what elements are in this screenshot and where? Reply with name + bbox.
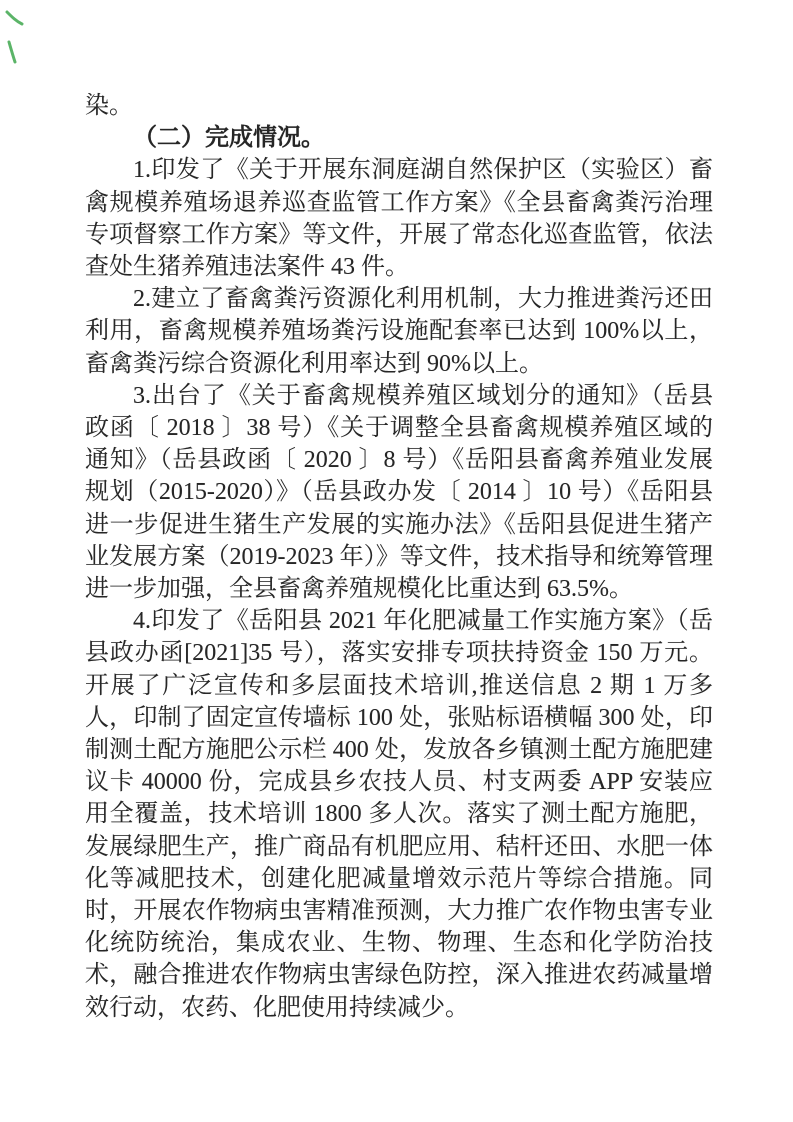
continuation-text: 染。 bbox=[85, 90, 713, 122]
document-page: 染。 （二）完成情况。 1.印发了《关于开展东洞庭湖自然保护区（实验区）畜禽规模… bbox=[0, 0, 793, 1122]
document-body: 染。 （二）完成情况。 1.印发了《关于开展东洞庭湖自然保护区（实验区）畜禽规模… bbox=[85, 90, 713, 1024]
pen-stroke-bottom bbox=[9, 42, 15, 62]
paragraph-4: 4.印发了《岳阳县 2021 年化肥减量工作实施方案》（岳县政办函[2021]3… bbox=[85, 605, 713, 1024]
pen-stroke-top bbox=[7, 12, 22, 24]
paragraph-3: 3.出台了《关于畜禽规模养殖区域划分的通知》（岳县政函〔 2018 〕38 号）… bbox=[85, 380, 713, 605]
section-heading: （二）完成情况。 bbox=[85, 122, 713, 154]
pen-mark-icon bbox=[3, 5, 29, 67]
paragraph-2: 2.建立了畜禽粪污资源化利用机制，大力推进粪污还田利用，畜禽规模养殖场粪污设施配… bbox=[85, 283, 713, 380]
paragraph-1: 1.印发了《关于开展东洞庭湖自然保护区（实验区）畜禽规模养殖场退养巡查监管工作方… bbox=[85, 154, 713, 283]
